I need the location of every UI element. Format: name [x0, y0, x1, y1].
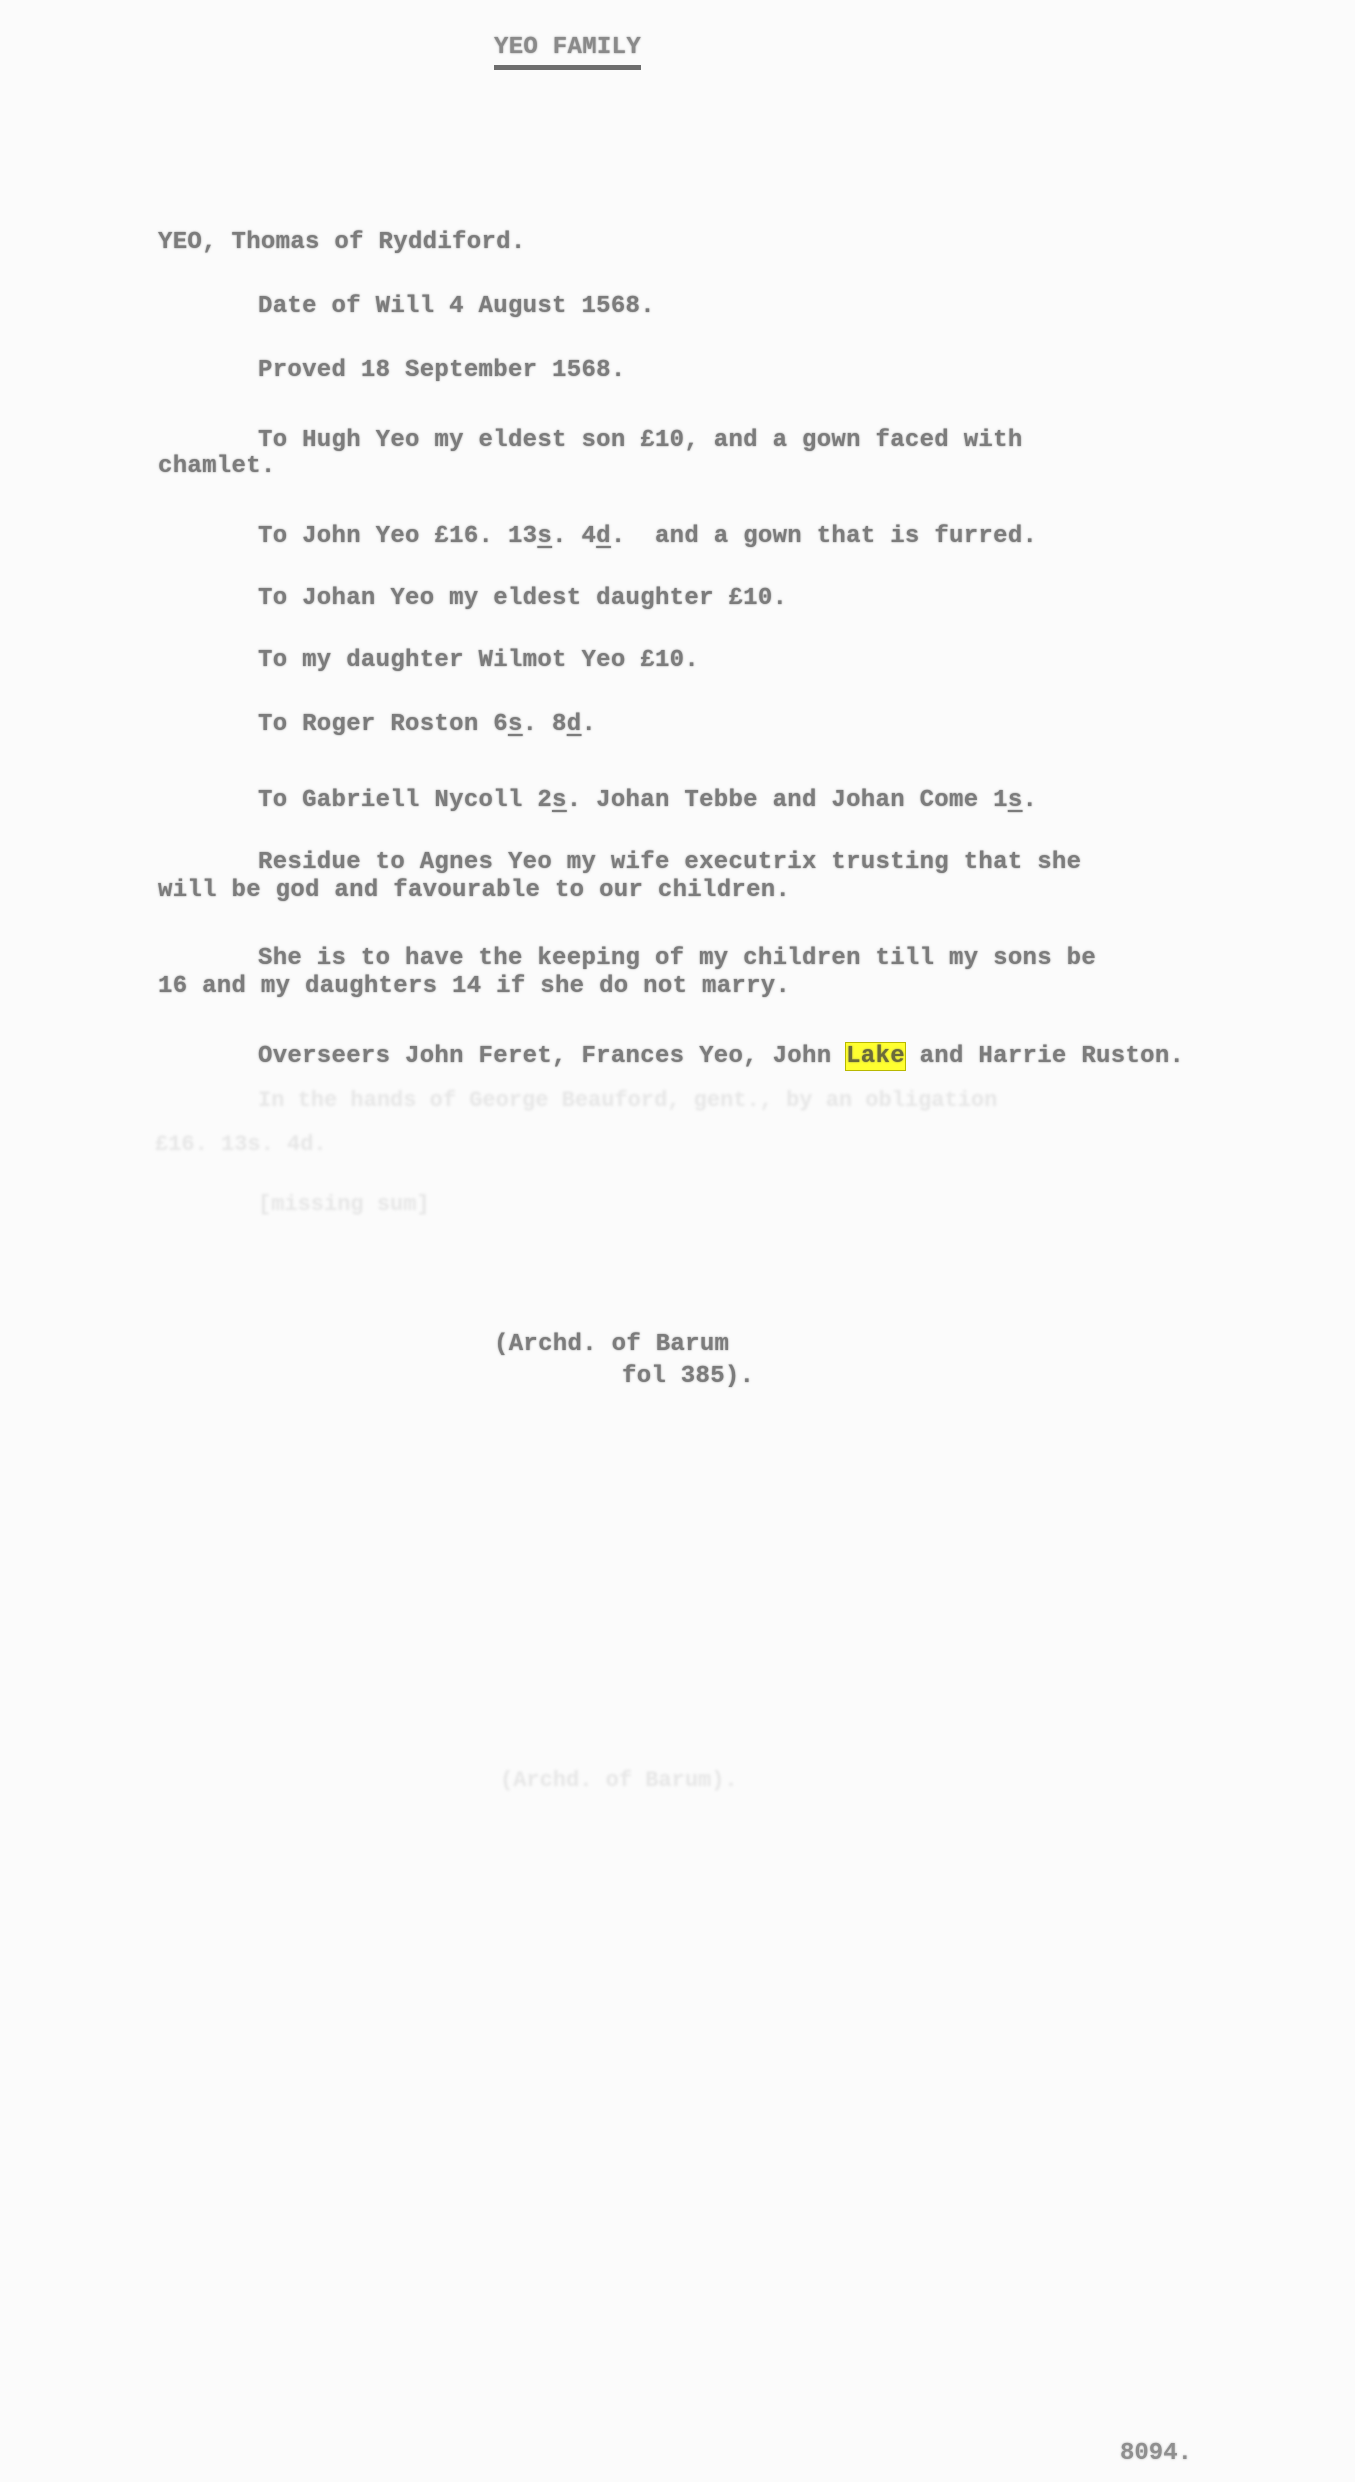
shilling-abbr: s — [1008, 787, 1023, 814]
bequest-johan: To Johan Yeo my eldest daughter £10. — [258, 584, 787, 614]
text: . — [1023, 787, 1038, 814]
bequest-hugh: To Hugh Yeo my eldest son £10, and a gow… — [258, 426, 1023, 456]
bequest-wilmot: To my daughter Wilmot Yeo £10. — [258, 646, 699, 676]
document-page: In the hands of George Beauford, gent., … — [0, 0, 1355, 2482]
bleed-through-line: In the hands of George Beauford, gent., … — [258, 1088, 997, 1113]
bleed-through-line: £16. 13s. 4d. — [155, 1132, 327, 1157]
text: . — [581, 711, 596, 738]
proved-date: Proved 18 September 1568. — [258, 356, 626, 386]
document-title: YEO FAMILY — [494, 33, 641, 70]
pence-abbr: d — [567, 711, 582, 738]
keeping-clause-cont: 16 and my daughters 14 if she do not mar… — [158, 972, 790, 1002]
pence-abbr: d — [596, 523, 611, 550]
text: To Gabriell Nycoll 2 — [258, 787, 552, 814]
will-date: Date of Will 4 August 1568. — [258, 292, 655, 322]
text: To Roger Roston 6 — [258, 711, 508, 738]
highlighted-search-match[interactable]: Lake — [846, 1043, 905, 1070]
source-citation-folio: fol 385). — [622, 1362, 754, 1392]
text: . and a gown that is furred. — [611, 523, 1037, 550]
text: . Johan Tebbe and Johan Come 1 — [567, 787, 1008, 814]
bequest-hugh-cont: chamlet. — [158, 452, 276, 482]
shilling-abbr: s — [552, 787, 567, 814]
keeping-clause: She is to have the keeping of my childre… — [258, 944, 1096, 974]
bequest-john: To John Yeo £16. 13s. 4d. and a gown tha… — [258, 522, 1037, 552]
text: . 8 — [523, 711, 567, 738]
source-citation: (Archd. of Barum — [494, 1330, 729, 1360]
bequest-roger: To Roger Roston 6s. 8d. — [258, 710, 596, 740]
text: Overseers John Feret, Frances Yeo, John — [258, 1043, 846, 1070]
testator-heading: YEO, Thomas of Ryddiford. — [158, 228, 526, 258]
shilling-abbr: s — [508, 711, 523, 738]
text: To John Yeo £16. 13 — [258, 523, 537, 550]
shilling-abbr: s — [537, 523, 552, 550]
text: and Harrie Ruston. — [905, 1043, 1184, 1070]
bleed-through-line: (Archd. of Barum). — [500, 1768, 738, 1793]
bequest-gabriell: To Gabriell Nycoll 2s. Johan Tebbe and J… — [258, 786, 1037, 816]
overseers-clause: Overseers John Feret, Frances Yeo, John … — [258, 1042, 1184, 1072]
bleed-through-line: [missing sum] — [258, 1192, 430, 1217]
page-number: 8094. — [1120, 2440, 1192, 2467]
text: . 4 — [552, 523, 596, 550]
residue-clause-cont: will be god and favourable to our childr… — [158, 876, 790, 906]
residue-clause: Residue to Agnes Yeo my wife executrix t… — [258, 848, 1081, 878]
